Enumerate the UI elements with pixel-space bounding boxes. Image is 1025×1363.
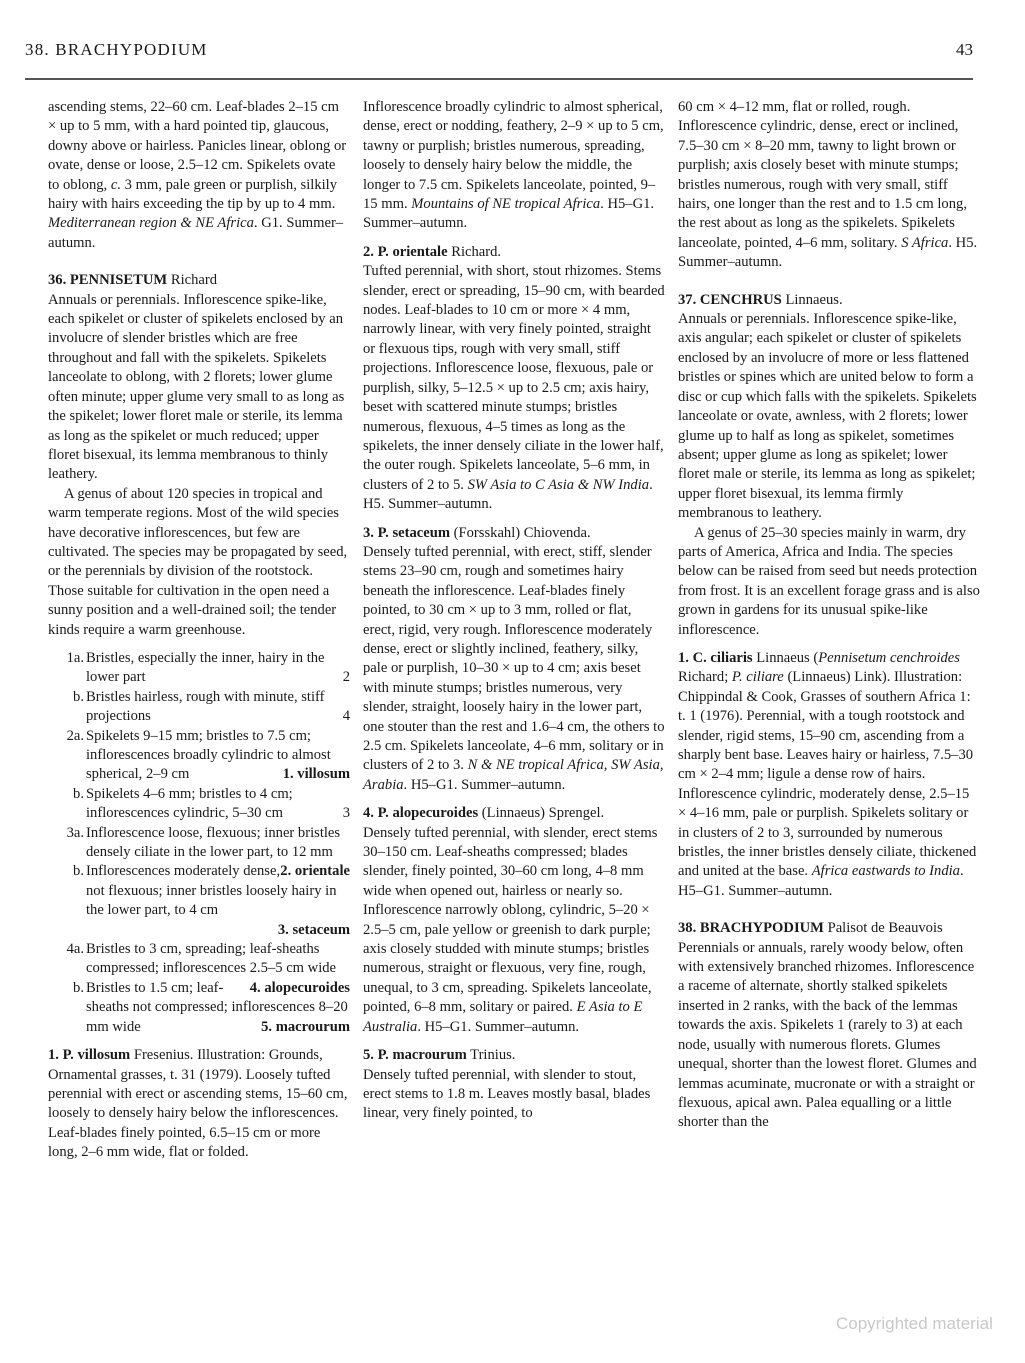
key-couplet: 1a.Bristles, especially the inner, hairy… [48,649,350,688]
distribution: Mountains of NE tropical Africa [411,196,600,212]
copyright-watermark: Copyrighted material [836,1314,993,1334]
genus-heading-cenchrus: 37. CENCHRUS Linnaeus. [678,291,980,310]
species-continuation: 60 cm × 4–12 mm, flat or rolled, rough. … [678,98,980,273]
species-description: Densely tufted perennial, with erect, st… [363,543,665,795]
species-entry-ciliaris: 1. C. ciliaris Linnaeus (Pennisetum cenc… [678,649,980,901]
species-description: Tufted perennial, with short, stout rhiz… [363,262,665,514]
running-head-title: 38. BRACHYPODIUM [25,40,208,60]
species-description: Densely tufted perennial, with slender t… [363,1066,665,1124]
key-couplet: b.Bristles to 1.5 cm; leaf-sheaths not c… [48,979,350,1037]
identification-key: 1a.Bristles, especially the inner, hairy… [48,649,350,1037]
species-heading-orientale: 2. P. orientale Richard. [363,243,665,262]
species-heading-setaceum: 3. P. setaceum (Forsskahl) Chiovenda. [363,524,665,543]
genus-description: Perennials or annuals, rarely woody belo… [678,939,980,1133]
column-2: Inflorescence broadly cylindric to almos… [363,98,665,1124]
distribution: SW Asia to C Asia & NW India [468,477,650,493]
species-heading-alopecuroides: 4. P. alopecuroides (Linnaeus) Sprengel. [363,804,665,823]
species-heading-macrourum: 5. P. macrourum Trinius. [363,1046,665,1065]
key-couplet: 2a.Spikelets 9–15 mm; bristles to 7.5 cm… [48,727,350,785]
genus-heading-brachypodium: 38. BRACHYPODIUM Palisot de Beauvois [678,919,980,938]
key-couplet: 4a.Bristles to 3 cm, spreading; leaf-she… [48,940,350,979]
column-3: 60 cm × 4–12 mm, flat or rolled, rough. … [678,98,980,1133]
genus-notes: A genus of about 120 species in tropical… [48,485,350,640]
genus-heading-pennisetum: 36. PENNISETUM Richard [48,271,350,290]
species-continuation: Inflorescence broadly cylindric to almos… [363,98,665,234]
distribution: Mediterranean region & NE Africa [48,215,254,231]
key-couplet: b.Inflorescences moderately dense, not f… [48,862,350,940]
header-rule [25,78,973,80]
column-1: ascending stems, 22–60 cm. Leaf-blades 2… [48,98,350,1163]
species-entry-villosum: 1. P. villosum Fresenius. Illustration: … [48,1046,350,1162]
genus-description: Annuals or perennials. Inflorescence spi… [48,291,350,485]
distribution: S Africa [901,235,948,251]
species-description: Densely tufted perennial, with slender, … [363,824,665,1037]
species-continuation: ascending stems, 22–60 cm. Leaf-blades 2… [48,98,350,253]
genus-notes: A genus of 25–30 species mainly in warm,… [678,524,980,640]
key-couplet: 3a.Inflorescence loose, flexuous; inner … [48,824,350,863]
genus-description: Annuals or perennials. Inflorescence spi… [678,310,980,523]
page-number: 43 [956,40,973,60]
key-couplet: b.Bristles hairless, rough with minute, … [48,688,350,727]
distribution: Africa eastwards to India [812,863,960,879]
running-head: 38. BRACHYPODIUM 43 [25,40,973,68]
key-couplet: b.Spikelets 4–6 mm; bristles to 4 cm; in… [48,785,350,824]
